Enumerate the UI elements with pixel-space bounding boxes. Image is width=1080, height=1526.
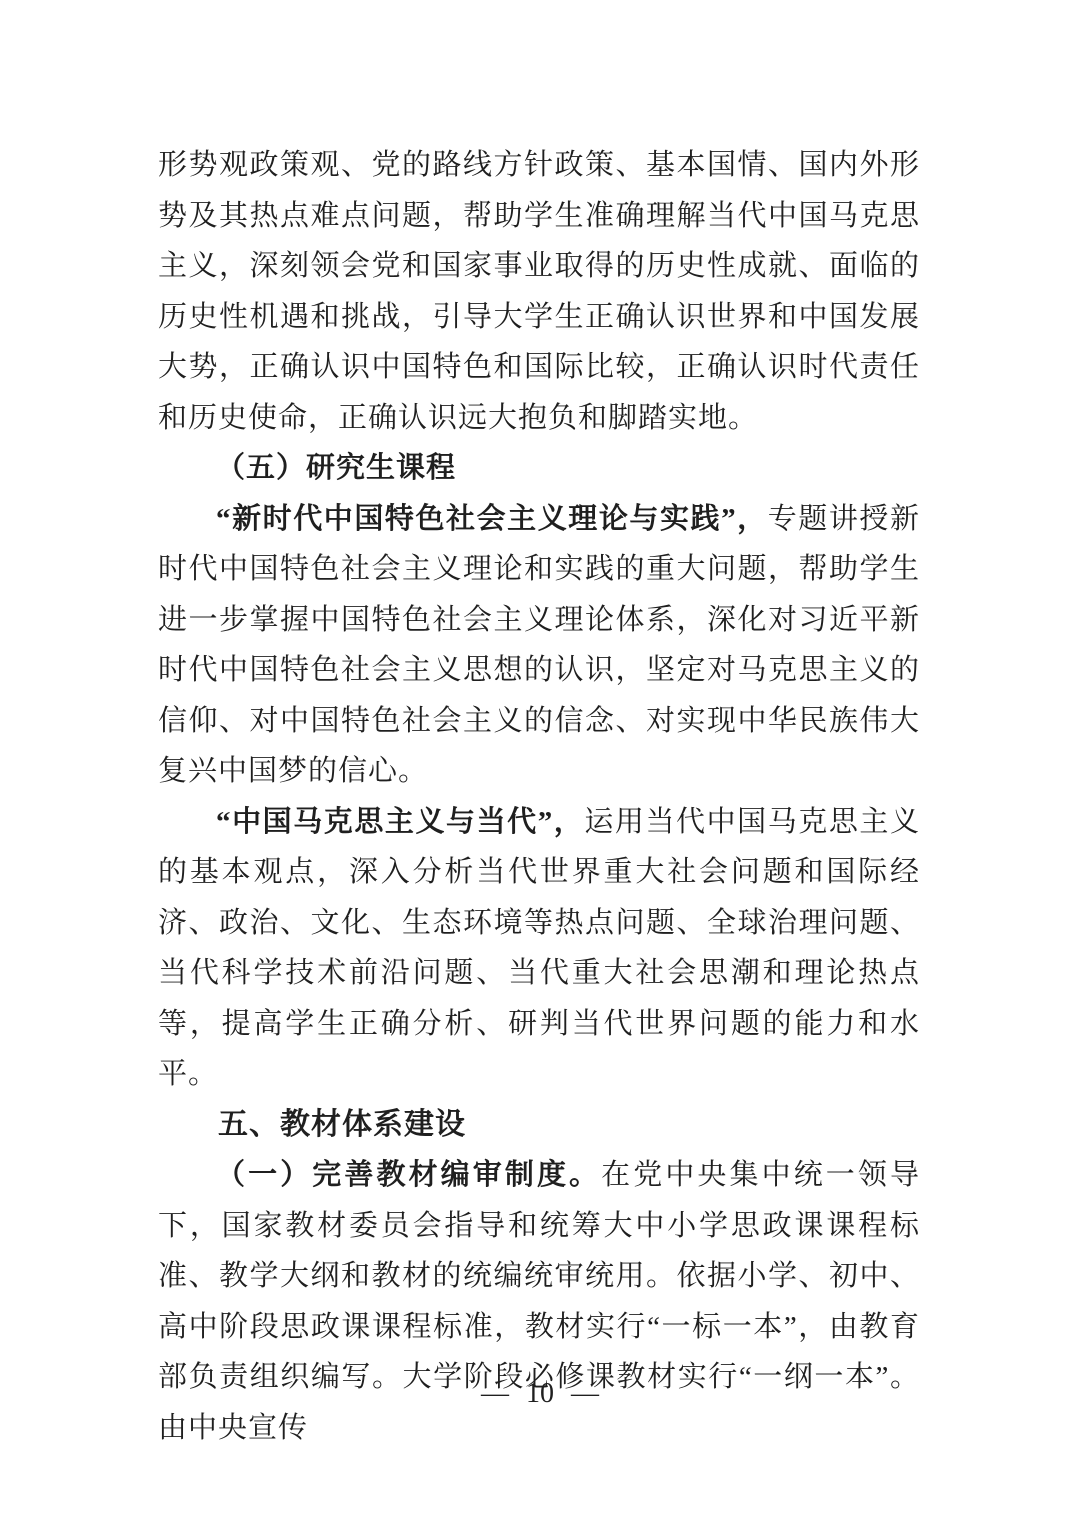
- paragraph-continuation: 形势观政策观、党的路线方针政策、基本国情、国内外形势及其热点难点问题，帮助学生准…: [158, 140, 920, 443]
- paragraph-grad-course-1-text: 专题讲授新时代中国特色社会主义理论和实践的重大问题，帮助学生进一步掌握中国特色社…: [158, 503, 920, 788]
- section-heading-graduate-courses: （五）研究生课程: [158, 443, 920, 494]
- paragraph-grad-course-2-text: 运用当代中国马克思主义的基本观点，深入分析当代世界重大社会问题和国际经济、政治、…: [158, 806, 920, 1091]
- page-footer: — 10 —: [0, 1378, 1080, 1410]
- paragraph-grad-course-1: “新时代中国特色社会主义理论与实践”，专题讲授新时代中国特色社会主义理论和实践的…: [158, 494, 920, 797]
- document-body: 形势观政策观、党的路线方针政策、基本国情、国内外形势及其热点难点问题，帮助学生准…: [158, 140, 920, 1453]
- course-title-new-era-theory-practice: “新时代中国特色社会主义理论与实践”，: [216, 503, 768, 535]
- paragraph-grad-course-2: “中国马克思主义与当代”，运用当代中国马克思主义的基本观点，深入分析当代世界重大…: [158, 797, 920, 1100]
- course-title-chinese-marxism-contemporary: “中国马克思主义与当代”，: [216, 806, 584, 838]
- chapter-heading-textbook-system: 五、教材体系建设: [158, 1100, 920, 1151]
- clause-lead-improve-textbook-review: （一）完善教材编审制度。: [216, 1159, 601, 1191]
- page-number: — 10 —: [481, 1378, 599, 1409]
- document-page: 形势观政策观、党的路线方针政策、基本国情、国内外形势及其热点难点问题，帮助学生准…: [0, 0, 1080, 1526]
